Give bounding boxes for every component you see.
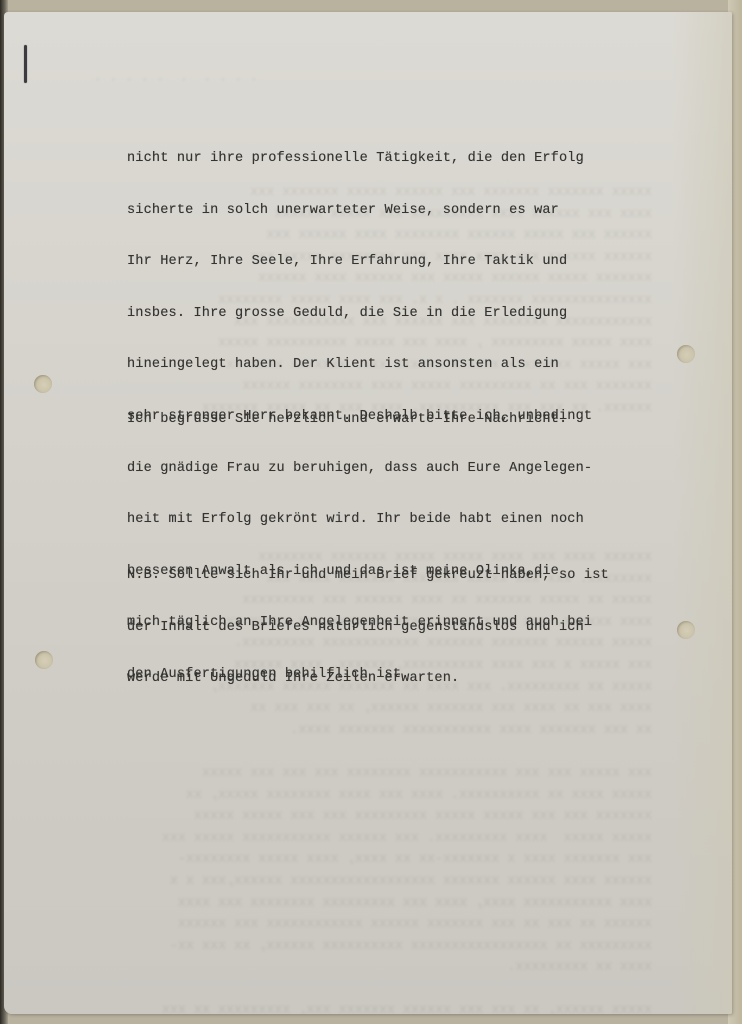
- text-line: nicht nur ihre professionelle Tätigkeit,…: [127, 148, 592, 170]
- text-line: werde mit Ungeduld Ihre Zeilen erwarten.: [127, 668, 609, 690]
- text-line: der Inhalt des Briefes natürlich gegenst…: [127, 617, 609, 639]
- punch-hole-right-upper: [677, 345, 695, 363]
- punch-hole-left-lower: [35, 651, 53, 669]
- text-line: die gnädige Frau zu beruhigen, dass auch…: [127, 458, 592, 480]
- bleed-through-header: · · · · · · · · · ·: [94, 72, 258, 87]
- punch-hole-right-lower: [677, 621, 695, 639]
- paper-sheet: · · · · · · · · · · xxxxx xxxxxxx xxxxxx…: [4, 12, 732, 1014]
- text-line: insbes. Ihre grosse Geduld, die Sie in d…: [127, 303, 592, 325]
- letter-greeting-paragraph: Ich begrüsse Sie herzlich und erwarte Ih…: [127, 379, 567, 461]
- binder-clip-mark: [24, 45, 27, 83]
- letter-postscript-paragraph: N.B. Sollte sich Ihr und mein Brief gekr…: [127, 535, 609, 720]
- text-line: N.B. Sollte sich Ihr und mein Brief gekr…: [127, 565, 609, 587]
- text-line: Ihr Herz, Ihre Seele, Ihre Erfahrung, Ih…: [127, 251, 592, 273]
- text-line: sicherte in solch unerwarteter Weise, so…: [127, 200, 592, 222]
- punch-hole-left-upper: [34, 375, 52, 393]
- text-line: Ich begrüsse Sie herzlich und erwarte Ih…: [127, 409, 567, 431]
- text-line: hineingelegt haben. Der Klient ist anson…: [127, 354, 592, 376]
- text-line: heit mit Erfolg gekrönt wird. Ihr beide …: [127, 509, 592, 531]
